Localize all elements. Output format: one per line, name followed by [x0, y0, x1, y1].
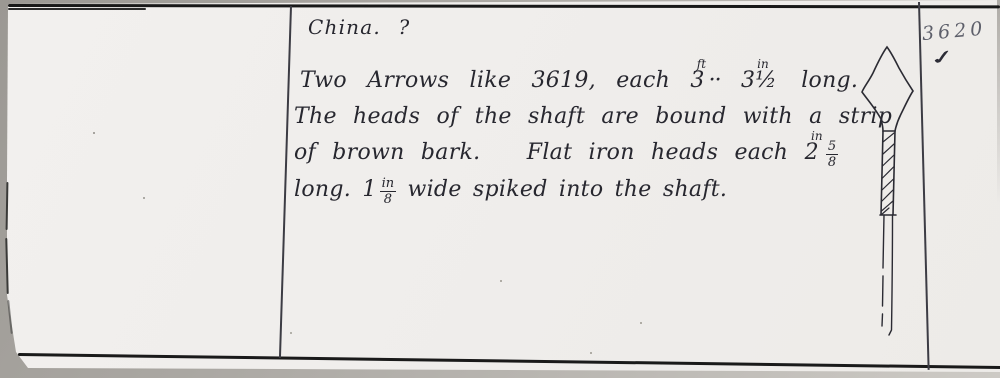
entry-heading: China. ? [308, 15, 410, 39]
head-length-fraction: 58 [826, 140, 838, 169]
line4-text: long. [294, 177, 351, 202]
head-width-fraction: in8 [380, 177, 397, 206]
line1-text: Two Arrows like 3619, each [300, 68, 670, 93]
feet-measurement: ft3 [690, 68, 704, 93]
inch-unit-superscript: in [811, 129, 823, 143]
arrow-drawing [856, 38, 920, 338]
paper-speck [93, 132, 95, 134]
head-length-measurement: in2 [805, 140, 819, 165]
arrow-shaft [882, 215, 893, 335]
line3-text: of brown bark. [294, 140, 480, 165]
inch-value: 3½ [741, 68, 777, 93]
entry-line-2: The heads of the shaft are bound with a … [294, 104, 892, 129]
fraction-numerator: 5 [826, 140, 838, 155]
scanned-catalogue-card: China. ? Two Arrows like 3619, each ft3·… [0, 0, 1000, 378]
arrow-head [862, 47, 913, 131]
line3-text-mid: Flat iron heads each [527, 140, 789, 165]
feet-inch-separator: ·· [709, 68, 721, 93]
card-top-border-double [8, 8, 146, 10]
fraction-denominator: 8 [380, 192, 397, 206]
fraction-numerator: in [380, 177, 397, 192]
feet-value: 3 [690, 68, 704, 93]
inch-unit-superscript: in [757, 57, 769, 71]
head-length-value: 2 [805, 140, 819, 165]
head-width-value: 1 [362, 177, 376, 202]
inches-measurement: in3½ [741, 68, 777, 93]
line4-text-end: wide spiked into the shaft. [407, 177, 727, 202]
entry-line-3: of brown bark. Flat iron heads each in25… [294, 140, 838, 169]
line1-text-end: long. [801, 68, 858, 93]
fraction-denominator: 8 [826, 155, 838, 169]
entry-line-4: long. 1in8 wide spiked into the shaft. [294, 177, 727, 206]
feet-unit-superscript: ft [697, 57, 706, 71]
entry-line-1: Two Arrows like 3619, each ft3·· in3½ lo… [300, 68, 858, 93]
